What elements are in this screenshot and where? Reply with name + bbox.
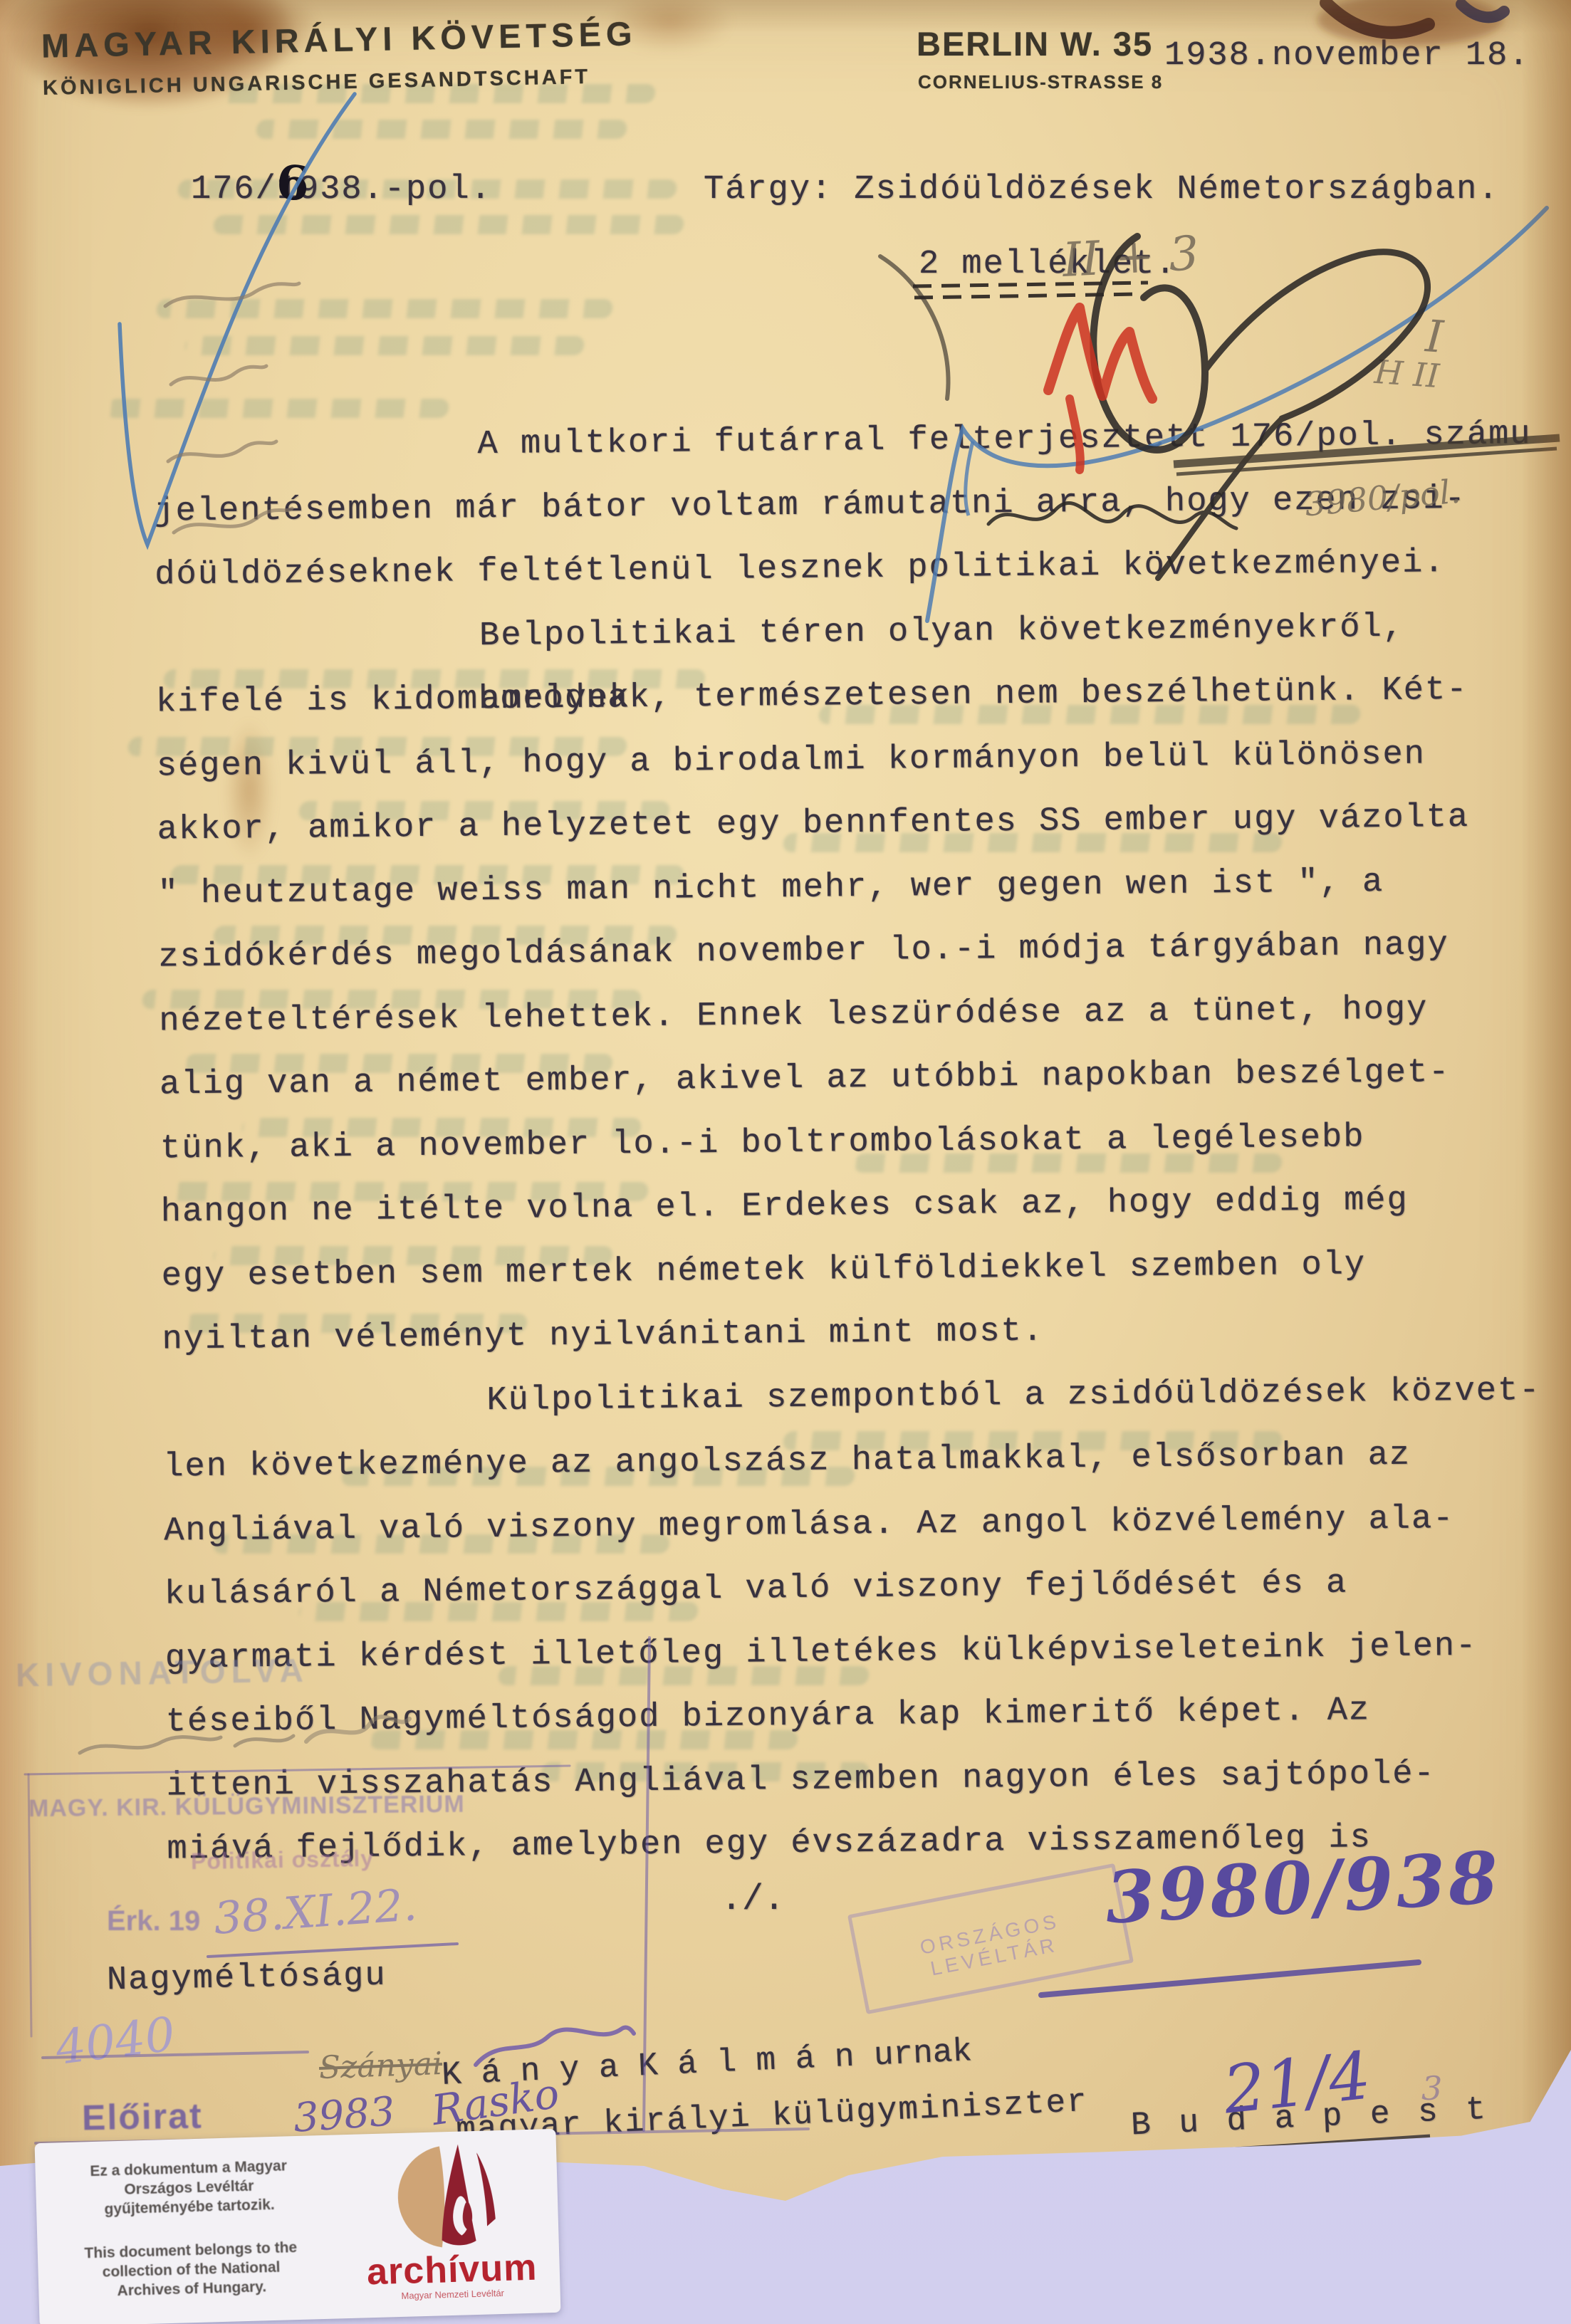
honorific-line: Nagyméltóságu — [107, 1957, 387, 2000]
number-21-4: 21/4 — [1220, 2037, 1374, 2128]
bleed-through-row — [156, 299, 614, 318]
archive-stamp: ORSZÁGOS LEVÉLTÁR — [847, 1863, 1134, 2014]
dept-stamp: Politikai osztály — [191, 1846, 375, 1875]
body-text: A multkori futárral felterjesztett 176/p… — [153, 403, 1571, 1882]
archivum-brand: archívum — [344, 2249, 560, 2291]
date-line: 1938.november 18. — [1164, 37, 1530, 75]
pencil-hii: H II — [1373, 352, 1441, 395]
typed-line: Angliával való viszony megromlása. Az an… — [164, 1486, 1571, 1564]
addressee-line: K á n y a K á l m á n urnak — [441, 2033, 973, 2094]
sticker-text: Ez a dokumentum a Magyar Országos Levélt… — [35, 2135, 346, 2324]
sticker-hu-2: Országos Levéltár — [124, 2178, 254, 2198]
typed-line: egy esetben sem mertek németek külföldie… — [161, 1231, 1571, 1309]
letterhead-line1: MAGYAR KIRÁLYI KÖVETSÉG — [41, 14, 638, 66]
sticker-en-2: collection of the National — [102, 2259, 280, 2281]
eloirat-stamp: Előirat — [82, 2095, 204, 2139]
erk-stamp: Érk. 19 — [107, 1905, 200, 1937]
overwritten-digit: 6 — [275, 155, 310, 211]
sticker-en-3: Archives of Hungary. — [117, 2278, 266, 2299]
subject-line: Tárgy: Zsidóüldözések Németországban. — [704, 171, 1500, 209]
reference-number: 176/1938.-pol. — [191, 171, 492, 209]
archivum-logo: archívum Magyar Nemzeti Levéltár — [340, 2129, 560, 2318]
archive-sticker: Ez a dokumentum a Magyar Országos Levélt… — [35, 2129, 561, 2324]
ink-mark-top-right-2 — [1461, 4, 1504, 17]
sticker-en-1: This document belongs to the — [84, 2239, 297, 2261]
letter-paper: MAGYAR KIRÁLYI KÖVETSÉG KÖNIGLICH UNGARI… — [0, 0, 1571, 2324]
sticker-hu-1: Ez a dokumentum a Magyar — [90, 2157, 287, 2179]
scanned-document-photo: MAGYAR KIRÁLYI KÖVETSÉG KÖNIGLICH UNGARI… — [0, 0, 1571, 2324]
faint-3: 3 — [1421, 2069, 1442, 2108]
bleed-through-row — [213, 215, 685, 234]
received-date-handwriting: 38.XI.22. — [212, 1878, 419, 1944]
sticker-hu-3: gyűjteményébe tartozik. — [104, 2197, 275, 2218]
ink-mark-top-right — [1326, 3, 1429, 33]
enclosure-underline-2 — [914, 294, 1139, 298]
bleed-through-row — [256, 120, 628, 139]
archive-stamp-text: ORSZÁGOS LEVÉLTÁR — [857, 1898, 1126, 1994]
pencil-i: I — [1424, 310, 1445, 363]
szanyai-note: Szányai — [318, 2046, 443, 2086]
archivum-logo-icon — [395, 2140, 505, 2250]
letterhead-city: BERLIN W. 35 — [917, 24, 1153, 63]
pencil-ii3: II + 3 — [1061, 226, 1200, 288]
number-4040: 4040 — [53, 2006, 178, 2076]
ministry-stamp: MAGY. KIR. KÜLÜGYMINISZTÉRIUM — [28, 1791, 465, 1823]
slash-mark: ./. — [721, 1880, 785, 1920]
kivonatolva-stamp: KIVONATOLVA — [16, 1650, 310, 1694]
letterhead-street: CORNELIUS-STRASSE 8 — [918, 71, 1163, 93]
bleed-through-row — [184, 336, 585, 355]
